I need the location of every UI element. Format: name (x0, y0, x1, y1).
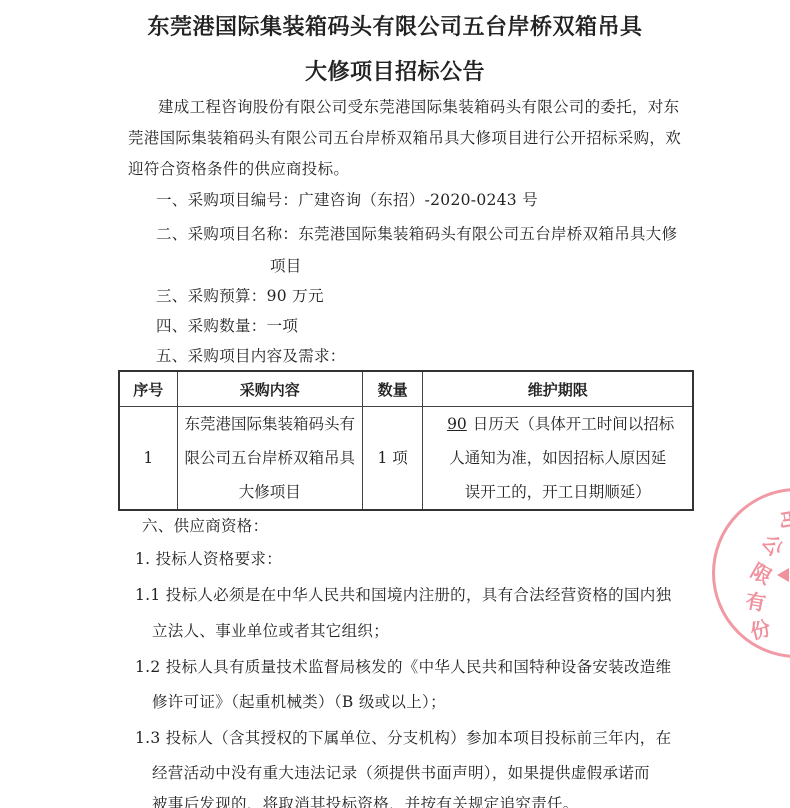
header-quantity: 数量 (362, 371, 423, 407)
table-header-row: 序号 采购内容 数量 维护期限 (119, 371, 693, 407)
qualification-item-1-line2: 立法人、事业单位或者其它组织； (152, 619, 389, 641)
section-content-heading: 五、采购项目内容及需求： (156, 344, 346, 366)
qualification-item-1-line1: 1.1 投标人必须是在中华人民共和国境内注册的，具有合法经营资格的国内独 (135, 583, 671, 605)
cell-quantity: 1 项 (362, 407, 423, 511)
cell-content: 东莞港国际集装箱码头有 限公司五台岸桥双箱吊具 大修项目 (177, 407, 362, 511)
section-budget: 三、采购预算：90 万元 (156, 284, 324, 306)
document-title-line1: 东莞港国际集装箱码头有限公司五台岸桥双箱吊具 (0, 10, 790, 41)
cell-content-line: 大修项目 (178, 475, 362, 509)
cell-index: 1 (119, 407, 177, 511)
cell-period: 90日历天（具体开工时间以招标 人通知为准，如因招标人原因延 误开工的，开工日期… (423, 407, 693, 511)
qualification-subheading: 1. 投标人资格要求： (135, 547, 282, 569)
table-row: 1 东莞港国际集装箱码头有 限公司五台岸桥双箱吊具 大修项目 1 项 90日历天… (119, 407, 693, 511)
section-quantity: 四、采购数量：一项 (156, 314, 298, 336)
requirements-table: 序号 采购内容 数量 维护期限 1 东莞港国际集装箱码头有 限公司五台岸桥双箱吊… (118, 370, 694, 511)
intro-line-1: 建成工程咨询股份有限公司受东莞港国际集装箱码头有限公司的委托，对东 (158, 95, 679, 117)
cell-period-line: 误开工的，开工日期顺延） (423, 475, 692, 509)
section-project-name-cont: 项目 (270, 254, 302, 276)
period-text: 日历天（具体开工时间以招标 (473, 415, 675, 433)
qualification-item-3-line1: 1.3 投标人（含其授权的下属单位、分支机构）参加本项目投标前三年内，在 (135, 726, 671, 748)
header-period: 维护期限 (423, 371, 693, 407)
cell-period-line: 人通知为准，如因招标人原因延 (423, 441, 692, 475)
seal-text: 司 公 限 有 份 (712, 500, 790, 650)
qualification-item-2-line1: 1.2 投标人具有质量技术监督局核发的《中华人民共和国特种设备安装改造维 (135, 655, 671, 677)
qualification-item-3-line3: 被事后发现的，将取消其投标资格，并按有关规定追究责任。 (152, 792, 579, 808)
qualification-heading: 六、供应商资格： (142, 514, 268, 536)
section-project-number: 一、采购项目编号：广建咨询（东招）-2020-0243 号 (156, 188, 538, 210)
cell-content-line: 东莞港国际集装箱码头有 (178, 407, 362, 441)
intro-line-3: 迎符合资格条件的供应商投标。 (128, 157, 349, 179)
document-page: 东莞港国际集装箱码头有限公司五台岸桥双箱吊具 大修项目招标公告 建成工程咨询股份… (0, 0, 790, 808)
section-project-name: 二、采购项目名称：东莞港国际集装箱码头有限公司五台岸桥双箱吊具大修 (156, 222, 677, 244)
header-content: 采购内容 (177, 371, 362, 407)
header-index: 序号 (119, 371, 177, 407)
qualification-item-3-line2: 经营活动中没有重大违法记录（须提供书面声明），如果提供虚假承诺而 (152, 761, 650, 783)
cell-period-line: 90日历天（具体开工时间以招标 (423, 407, 692, 441)
intro-line-2: 莞港国际集装箱码头有限公司五台岸桥双箱吊具大修项目进行公开招标采购，欢 (128, 126, 681, 148)
period-days: 90 (441, 415, 473, 433)
qualification-item-2-line2: 修许可证》（起重机械类）（B 级或以上）； (152, 690, 446, 712)
cell-content-line: 限公司五台岸桥双箱吊具 (178, 441, 362, 475)
document-title-line2: 大修项目招标公告 (0, 55, 790, 86)
